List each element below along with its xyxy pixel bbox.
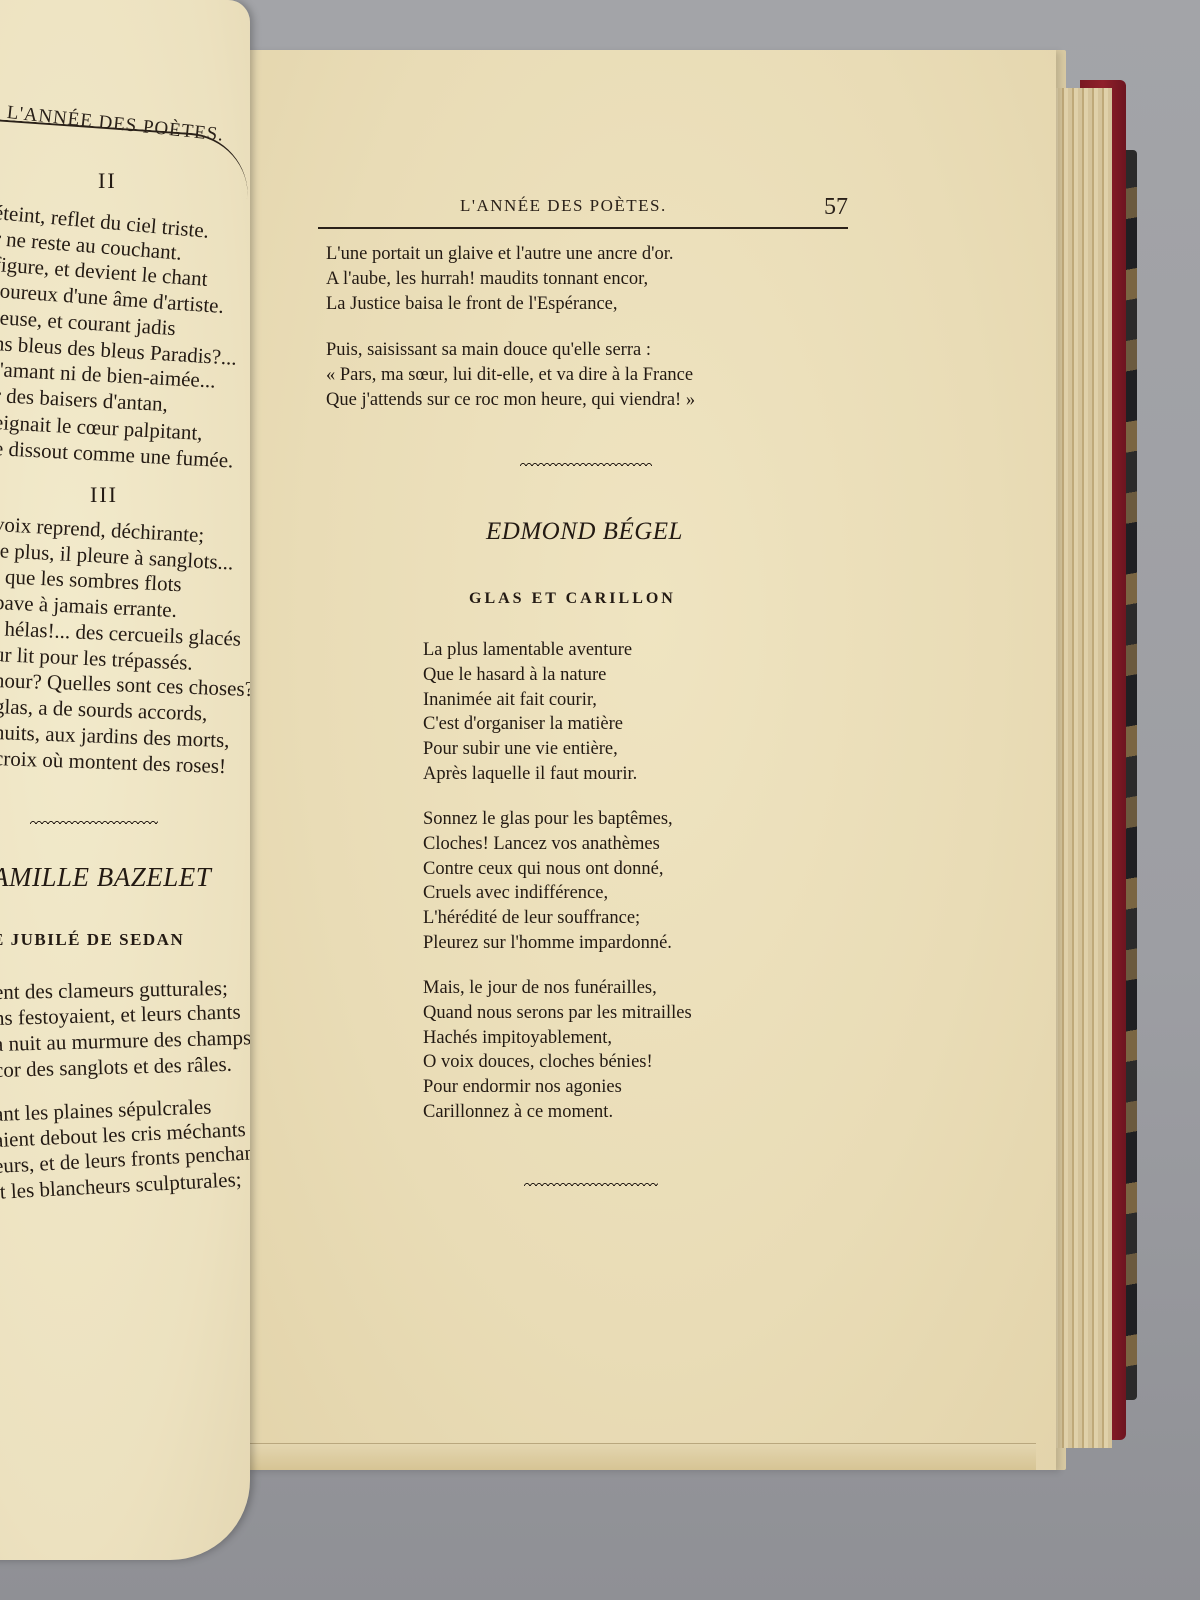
- verse-line: Que j'attends sur ce roc mon heure, qui …: [326, 390, 695, 411]
- page-number: 57: [824, 194, 848, 221]
- section-number: II: [98, 168, 117, 194]
- poem-line: Hachés impitoyablement,: [423, 1028, 612, 1049]
- left-page: L'ANNÉE DES POÈTES. II éteint, reflet du…: [0, 0, 250, 1560]
- verse-line: A l'aube, les hurrah! maudits tonnant en…: [326, 269, 648, 290]
- poem-line: L'hérédité de leur souffrance;: [423, 908, 640, 929]
- section-number: III: [90, 482, 118, 508]
- deckled-page-edges: [1048, 88, 1112, 1448]
- poem-line: Pleurez sur l'homme impardonné.: [423, 933, 672, 954]
- verse-line: cor des sanglots et des râles.: [0, 1052, 232, 1083]
- author-name: EDMOND BÉGEL: [486, 518, 683, 546]
- poem-line: Mais, le jour de nos funérailles,: [423, 978, 657, 999]
- poem-line: Après laquelle il faut mourir.: [423, 764, 637, 785]
- poem-title: GLAS ET CARILLON: [469, 590, 676, 608]
- poem-title: E JUBILÉ DE SEDAN: [0, 930, 184, 950]
- poem-line: Pour subir une vie entière,: [423, 739, 618, 760]
- poem-line: O voix douces, cloches bénies!: [423, 1052, 653, 1073]
- poem-line: Sonnez le glas pour les baptêmes,: [423, 809, 673, 830]
- poem-line: C'est d'organiser la matière: [423, 714, 623, 735]
- poem-line: Que le hasard à la nature: [423, 665, 606, 686]
- verse-line: La Justice baisa le front de l'Espérance…: [326, 294, 618, 315]
- poem-line: Cloches! Lancez vos anathèmes: [423, 834, 660, 855]
- poem-line: Quand nous serons par les mitrailles: [423, 1003, 692, 1024]
- verse-line: Puis, saisissant sa main douce qu'elle s…: [326, 340, 651, 361]
- poem-line: La plus lamentable aventure: [423, 640, 632, 661]
- poem-line: Contre ceux qui nous ont donné,: [423, 859, 663, 880]
- poem-line: Cruels avec indifférence,: [423, 883, 608, 904]
- deckled-bottom-edge: [246, 1443, 1036, 1470]
- poem-line: Carillonnez à ce moment.: [423, 1102, 613, 1123]
- poem-line: Pour endormir nos agonies: [423, 1077, 622, 1098]
- ornamental-divider: [520, 460, 652, 466]
- ornamental-divider: [524, 1180, 658, 1186]
- author-name: AMILLE BAZELET: [0, 862, 211, 893]
- header-rule: [318, 227, 848, 229]
- running-head: L'ANNÉE DES POÈTES.: [460, 196, 667, 216]
- verse-line: L'une portait un glaive et l'autre une a…: [326, 244, 674, 265]
- ornamental-divider: [30, 818, 158, 824]
- verse-line: « Pars, ma sœur, lui dit-elle, et va dir…: [326, 365, 693, 386]
- poem-line: Inanimée ait fait courir,: [423, 690, 597, 711]
